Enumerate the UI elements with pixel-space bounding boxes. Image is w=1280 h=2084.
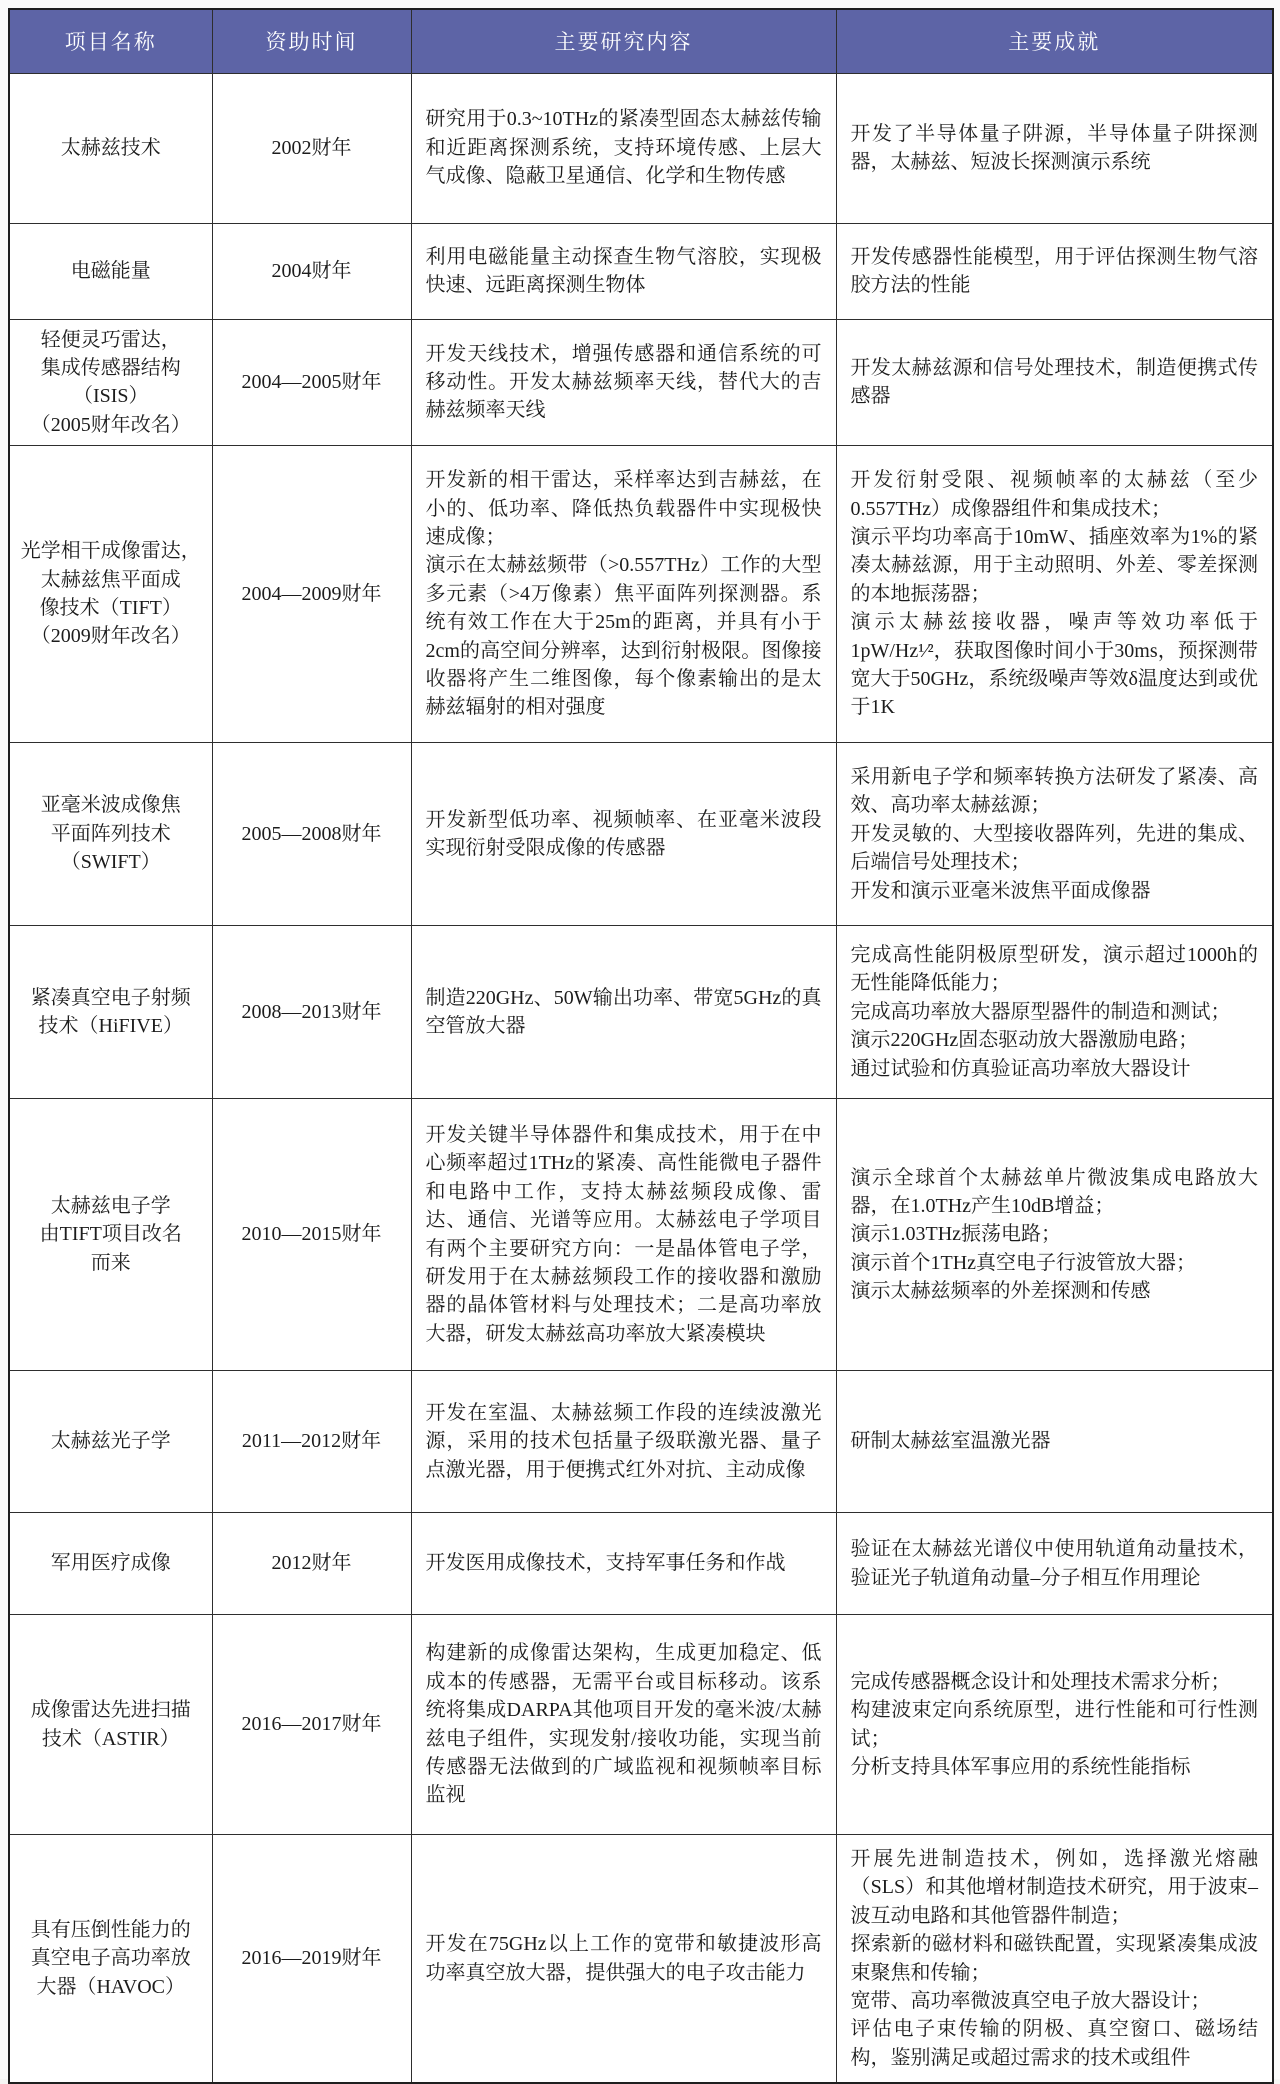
- project-name-cell: 具有压倒性能力的 真空电子高功率放 大器（HAVOC）: [9, 1835, 212, 2084]
- table-row: 具有压倒性能力的 真空电子高功率放 大器（HAVOC） 2016—2019财年 …: [9, 1835, 1273, 2084]
- project-name-cell: 太赫兹光子学: [9, 1371, 212, 1513]
- funding-period-cell: 2005—2008财年: [212, 743, 411, 926]
- table-row: 成像雷达先进扫描 技术（ASTIR） 2016—2017财年 构建新的成像雷达架…: [9, 1615, 1273, 1835]
- header-research-content: 主要研究内容: [411, 9, 836, 73]
- funding-period-cell: 2004财年: [212, 223, 411, 319]
- document-page: 项目名称 资助时间 主要研究内容 主要成就 太赫兹技术 2002财年 研究用于0…: [0, 0, 1280, 2079]
- project-name-cell: 电磁能量: [9, 223, 212, 319]
- table-row: 军用医疗成像 2012财年 开发医用成像技术，支持军事任务和作战 验证在太赫兹光…: [9, 1513, 1273, 1615]
- achievements-cell: 开发了半导体量子阱源，半导体量子阱探测器，太赫兹、短波长探测演示系统: [836, 73, 1273, 223]
- achievements-cell: 开发传感器性能模型，用于评估探测生物气溶胶方法的性能: [836, 223, 1273, 319]
- header-achievements: 主要成就: [836, 9, 1273, 73]
- header-funding-period: 资助时间: [212, 9, 411, 73]
- table-row: 太赫兹光子学 2011—2012财年 开发在室温、太赫兹频工作段的连续波激光源，…: [9, 1371, 1273, 1513]
- table-row: 电磁能量 2004财年 利用电磁能量主动探查生物气溶胶，实现极快速、远距离探测生…: [9, 223, 1273, 319]
- header-project-name: 项目名称: [9, 9, 212, 73]
- achievements-cell: 采用新电子学和频率转换方法研发了紧凑、高效、高功率太赫兹源； 开发灵敏的、大型接…: [836, 743, 1273, 926]
- research-content-cell: 研究用于0.3~10THz的紧凑型固态太赫兹传输和近距离探测系统，支持环境传感、…: [411, 73, 836, 223]
- research-content-cell: 构建新的成像雷达架构，生成更加稳定、低成本的传感器，无需平台或目标移动。该系统将…: [411, 1615, 836, 1835]
- achievements-cell: 演示全球首个太赫兹单片微波集成电路放大器，在1.0THz产生10dB增益； 演示…: [836, 1099, 1273, 1371]
- table-row: 亚毫米波成像焦 平面阵列技术 （SWIFT） 2005—2008财年 开发新型低…: [9, 743, 1273, 926]
- funding-period-cell: 2004—2009财年: [212, 446, 411, 743]
- table-row: 太赫兹电子学 由TIFT项目改名 而来 2010—2015财年 开发关键半导体器…: [9, 1099, 1273, 1371]
- project-name-cell: 轻便灵巧雷达， 集成传感器结构 （ISIS） （2005财年改名）: [9, 319, 212, 446]
- funding-period-cell: 2004—2005财年: [212, 319, 411, 446]
- research-content-cell: 开发关键半导体器件和集成技术，用于在中心频率超过1THz的紧凑、高性能微电子器件…: [411, 1099, 836, 1371]
- research-content-cell: 开发在室温、太赫兹频工作段的连续波激光源，采用的技术包括量子级联激光器、量子点激…: [411, 1371, 836, 1513]
- funding-period-cell: 2016—2017财年: [212, 1615, 411, 1835]
- achievements-cell: 完成传感器概念设计和处理技术需求分析； 构建波束定向系统原型，进行性能和可行性测…: [836, 1615, 1273, 1835]
- header-row: 项目名称 资助时间 主要研究内容 主要成就: [9, 9, 1273, 73]
- project-name-cell: 紧凑真空电子射频 技术（HiFIVE）: [9, 926, 212, 1099]
- achievements-cell: 完成高性能阴极原型研发，演示超过1000h的无性能降低能力； 完成高功率放大器原…: [836, 926, 1273, 1099]
- project-name-cell: 太赫兹电子学 由TIFT项目改名 而来: [9, 1099, 212, 1371]
- funding-period-cell: 2011—2012财年: [212, 1371, 411, 1513]
- research-content-cell: 开发天线技术，增强传感器和通信系统的可移动性。开发太赫兹频率天线，替代大的吉赫兹…: [411, 319, 836, 446]
- funding-period-cell: 2016—2019财年: [212, 1835, 411, 2084]
- achievements-cell: 开发太赫兹源和信号处理技术，制造便携式传感器: [836, 319, 1273, 446]
- research-content-cell: 开发在75GHz以上工作的宽带和敏捷波形高功率真空放大器，提供强大的电子攻击能力: [411, 1835, 836, 2084]
- table-row: 光学相干成像雷达， 太赫兹焦平面成 像技术（TIFT） （2009财年改名） 2…: [9, 446, 1273, 743]
- funding-period-cell: 2012财年: [212, 1513, 411, 1615]
- research-content-cell: 利用电磁能量主动探查生物气溶胶，实现极快速、远距离探测生物体: [411, 223, 836, 319]
- project-name-cell: 光学相干成像雷达， 太赫兹焦平面成 像技术（TIFT） （2009财年改名）: [9, 446, 212, 743]
- table-row: 太赫兹技术 2002财年 研究用于0.3~10THz的紧凑型固态太赫兹传输和近距…: [9, 73, 1273, 223]
- funding-period-cell: 2010—2015财年: [212, 1099, 411, 1371]
- project-name-cell: 亚毫米波成像焦 平面阵列技术 （SWIFT）: [9, 743, 212, 926]
- achievements-cell: 验证在太赫兹光谱仪中使用轨道角动量技术，验证光子轨道角动量–分子相互作用理论: [836, 1513, 1273, 1615]
- research-content-cell: 制造220GHz、50W输出功率、带宽5GHz的真空管放大器: [411, 926, 836, 1099]
- project-name-cell: 太赫兹技术: [9, 73, 212, 223]
- research-programs-table: 项目名称 资助时间 主要研究内容 主要成就 太赫兹技术 2002财年 研究用于0…: [8, 8, 1274, 2084]
- research-content-cell: 开发医用成像技术，支持军事任务和作战: [411, 1513, 836, 1615]
- funding-period-cell: 2008—2013财年: [212, 926, 411, 1099]
- table-header: 项目名称 资助时间 主要研究内容 主要成就: [9, 9, 1273, 73]
- table-body: 太赫兹技术 2002财年 研究用于0.3~10THz的紧凑型固态太赫兹传输和近距…: [9, 73, 1273, 2083]
- achievements-cell: 开展先进制造技术，例如，选择激光熔融（SLS）和其他增材制造技术研究，用于波束–…: [836, 1835, 1273, 2084]
- achievements-cell: 研制太赫兹室温激光器: [836, 1371, 1273, 1513]
- research-content-cell: 开发新型低功率、视频帧率、在亚毫米波段实现衍射受限成像的传感器: [411, 743, 836, 926]
- table-row: 紧凑真空电子射频 技术（HiFIVE） 2008—2013财年 制造220GHz…: [9, 926, 1273, 1099]
- table-row: 轻便灵巧雷达， 集成传感器结构 （ISIS） （2005财年改名） 2004—2…: [9, 319, 1273, 446]
- research-content-cell: 开发新的相干雷达，采样率达到吉赫兹，在小的、低功率、降低热负载器件中实现极快速成…: [411, 446, 836, 743]
- project-name-cell: 军用医疗成像: [9, 1513, 212, 1615]
- achievements-cell: 开发衍射受限、视频帧率的太赫兹（至少0.557THz）成像器组件和集成技术； 演…: [836, 446, 1273, 743]
- project-name-cell: 成像雷达先进扫描 技术（ASTIR）: [9, 1615, 212, 1835]
- funding-period-cell: 2002财年: [212, 73, 411, 223]
